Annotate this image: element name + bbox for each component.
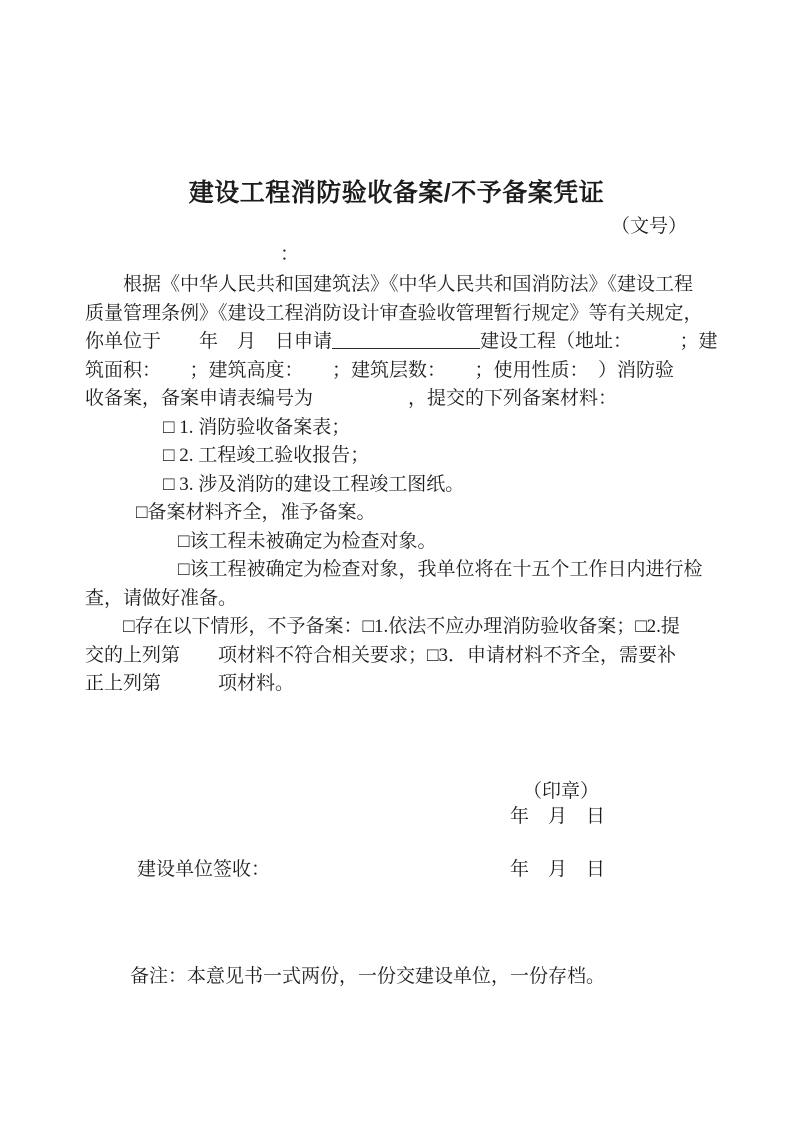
sign-recipient-label: 建设单位签收：	[137, 856, 270, 885]
option-not-inspection-target: □该工程未被确定为检查对象。	[85, 528, 713, 557]
document-page: 建设工程消防验收备案/不予备案凭证 （文号） ： 根据《中华人民共和国建筑法》《…	[0, 0, 793, 1122]
building-info-line: 筑面积： ；建筑高度： ；建筑层数： ；使用性质： ）消防验	[85, 357, 713, 386]
sign-date-line: 年 月 日	[510, 856, 605, 885]
option-inspection-target-line-2: 查，请做好准备。	[85, 585, 713, 614]
addressee-line: ：	[280, 240, 299, 269]
application-line: 你单位于 年 月 日申请建设工程（地址： ；建	[85, 328, 713, 357]
option-filing-approved: □备案材料齐全，准予备案。	[85, 499, 713, 528]
option-rejected-line-3: 正上列第 项材料。	[85, 670, 713, 699]
application-line-suffix: 建设工程（地址： ；建	[480, 331, 718, 352]
material-item-2: □ 2. 工程竣工验收报告；	[85, 442, 713, 471]
option-rejected-line-1: □存在以下情形，不予备案：□1.依法不应办理消防验收备案；□2.提	[85, 613, 713, 642]
option-rejected-line-2: 交的上列第 项材料不符合相关要求；□3．申请材料不齐全，需要补	[85, 642, 713, 671]
regulation-line-1: 根据《中华人民共和国建筑法》《中华人民共和国消防法》《建设工程	[85, 271, 713, 300]
blank-underline	[332, 334, 480, 349]
note-line: 备注：本意见书一式两份，一份交建设单位，一份存档。	[130, 963, 605, 992]
application-line-prefix: 你单位于 年 月 日申请	[85, 331, 332, 352]
document-title: 建设工程消防验收备案/不予备案凭证	[0, 176, 793, 210]
regulation-line-2: 质量管理条例》《建设工程消防设计审查验收管理暂行规定》等有关规定，	[85, 300, 713, 329]
material-item-3: □ 3. 涉及消防的建设工程竣工图纸。	[85, 471, 713, 500]
material-item-1: □ 1. 消防验收备案表；	[85, 414, 713, 443]
option-inspection-target-line-1: □该工程被确定为检查对象，我单位将在十五个工作日内进行检	[85, 556, 713, 585]
filing-number-line: 收备案，备案申请表编号为 ，提交的下列备案材料：	[85, 385, 713, 414]
document-body: 根据《中华人民共和国建筑法》《中华人民共和国消防法》《建设工程 质量管理条例》《…	[85, 271, 713, 699]
seal-date-line: 年 月 日	[510, 803, 605, 832]
doc-number-label: （文号）	[611, 212, 687, 241]
